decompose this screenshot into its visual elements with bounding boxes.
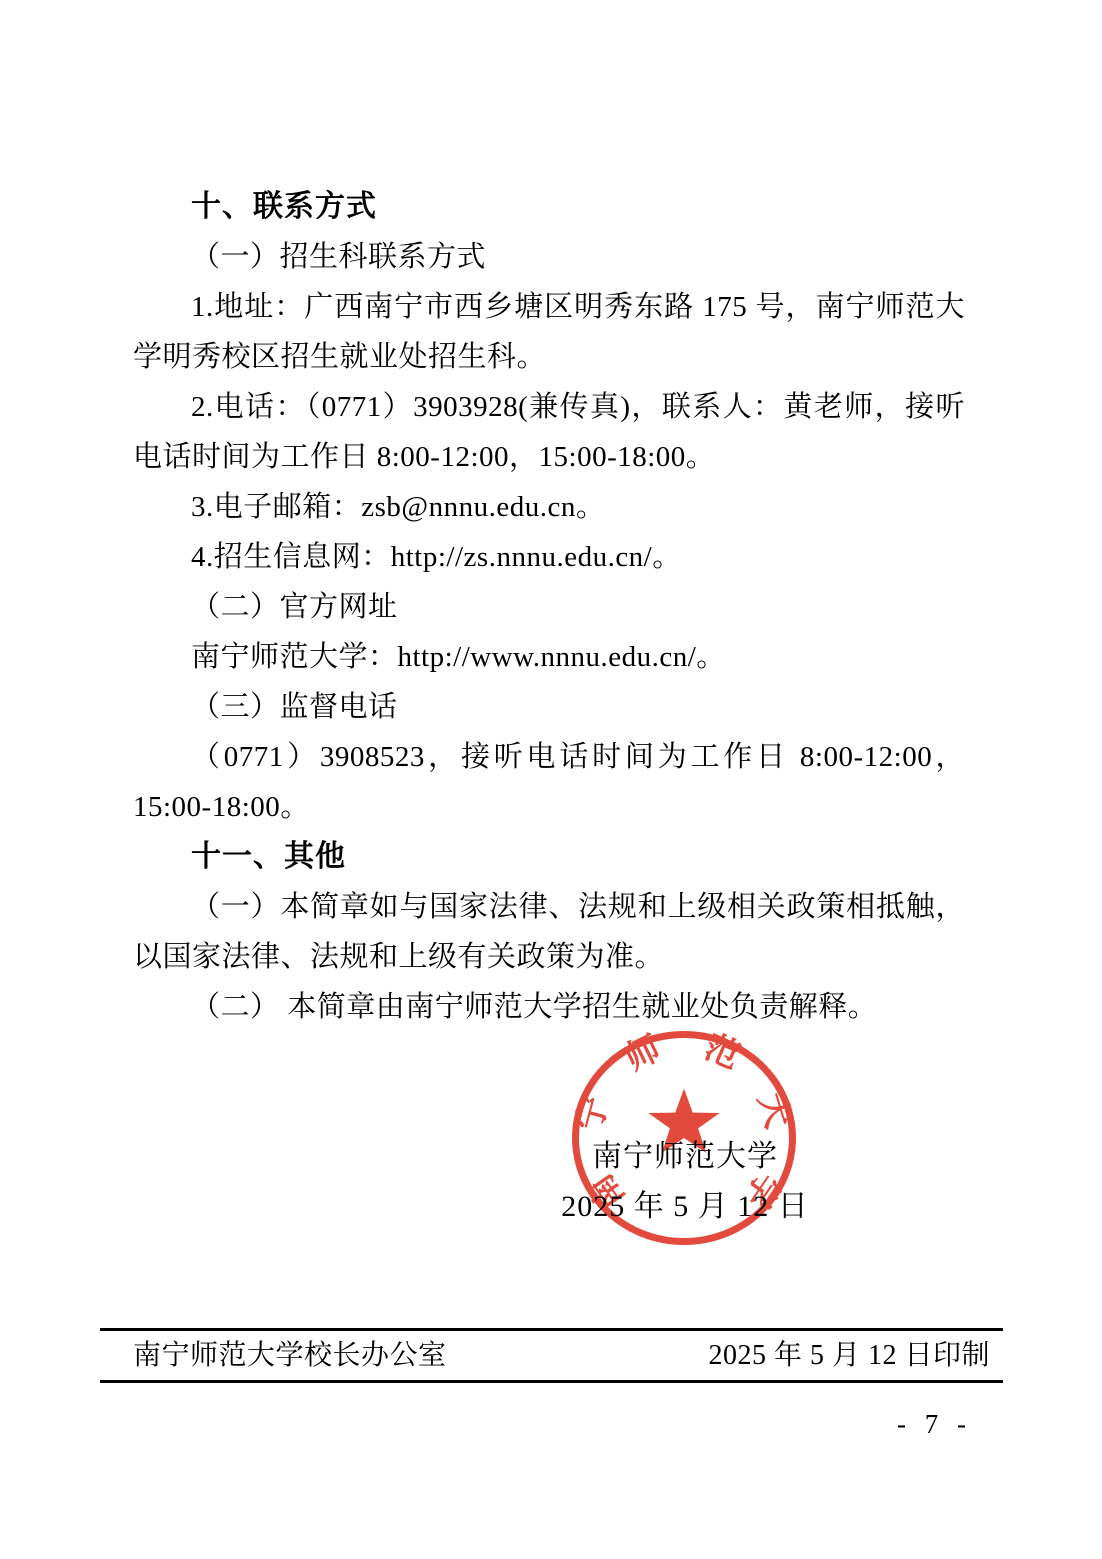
footer-rule-top	[100, 1328, 1003, 1331]
footer: 南宁师范大学校长办公室 2025 年 5 月 12 日印制	[100, 1333, 1003, 1379]
signature-block: 南宁师范大学 2025 年 5 月 12 日	[515, 1132, 855, 1232]
paragraph-email: 3.电子邮箱：zsb@nnnu.edu.cn。	[133, 482, 965, 532]
footer-rule-bottom	[100, 1380, 1003, 1383]
paragraph-official-site-url: 南宁师范大学：http://www.nnnu.edu.cn/。	[133, 632, 965, 682]
paragraph-legal-note: （一）本简章如与国家法律、法规和上级相关政策相抵触，以国家法律、法规和上级有关政…	[133, 882, 965, 982]
paragraph-interpretation-note: （二） 本简章由南宁师范大学招生就业处负责解释。	[133, 982, 965, 1032]
section-heading-contact: 十、联系方式	[133, 182, 965, 232]
paragraph-official-site-heading: （二）官方网址	[133, 582, 965, 632]
page-number: - 7 -	[897, 1408, 972, 1440]
document-body: 十、联系方式 （一）招生科联系方式 1.地址：广西南宁市西乡塘区明秀东路 175…	[133, 182, 965, 1032]
paragraph-supervision-heading: （三）监督电话	[133, 682, 965, 732]
paragraph-address: 1.地址：广西南宁市西乡塘区明秀东路 175 号，南宁师范大学明秀校区招生就业处…	[133, 282, 965, 382]
paragraph-supervision-phone: （0771）3908523，接听电话时间为工作日 8:00-12:00，15:0…	[133, 732, 965, 832]
paragraph-contact-sub1: （一）招生科联系方式	[133, 232, 965, 282]
signature-org: 南宁师范大学	[515, 1132, 855, 1182]
section-heading-other: 十一、其他	[133, 832, 965, 882]
signature-date: 2025 年 5 月 12 日	[515, 1182, 855, 1232]
seal-char: 大	[748, 1086, 798, 1136]
seal-char: 范	[695, 1027, 748, 1080]
paragraph-admissions-site: 4.招生信息网：http://zs.nnnu.edu.cn/。	[133, 532, 965, 582]
seal-char: 师	[616, 1028, 669, 1081]
paragraph-phone: 2.电话：（0771）3903928(兼传真)，联系人：黄老师，接听电话时间为工…	[133, 382, 965, 482]
footer-print-date: 2025 年 5 月 12 日印制	[708, 1333, 990, 1379]
footer-office: 南宁师范大学校长办公室	[133, 1333, 447, 1379]
document-page: 十、联系方式 （一）招生科联系方式 1.地址：广西南宁市西乡塘区明秀东路 175…	[0, 0, 1102, 1559]
